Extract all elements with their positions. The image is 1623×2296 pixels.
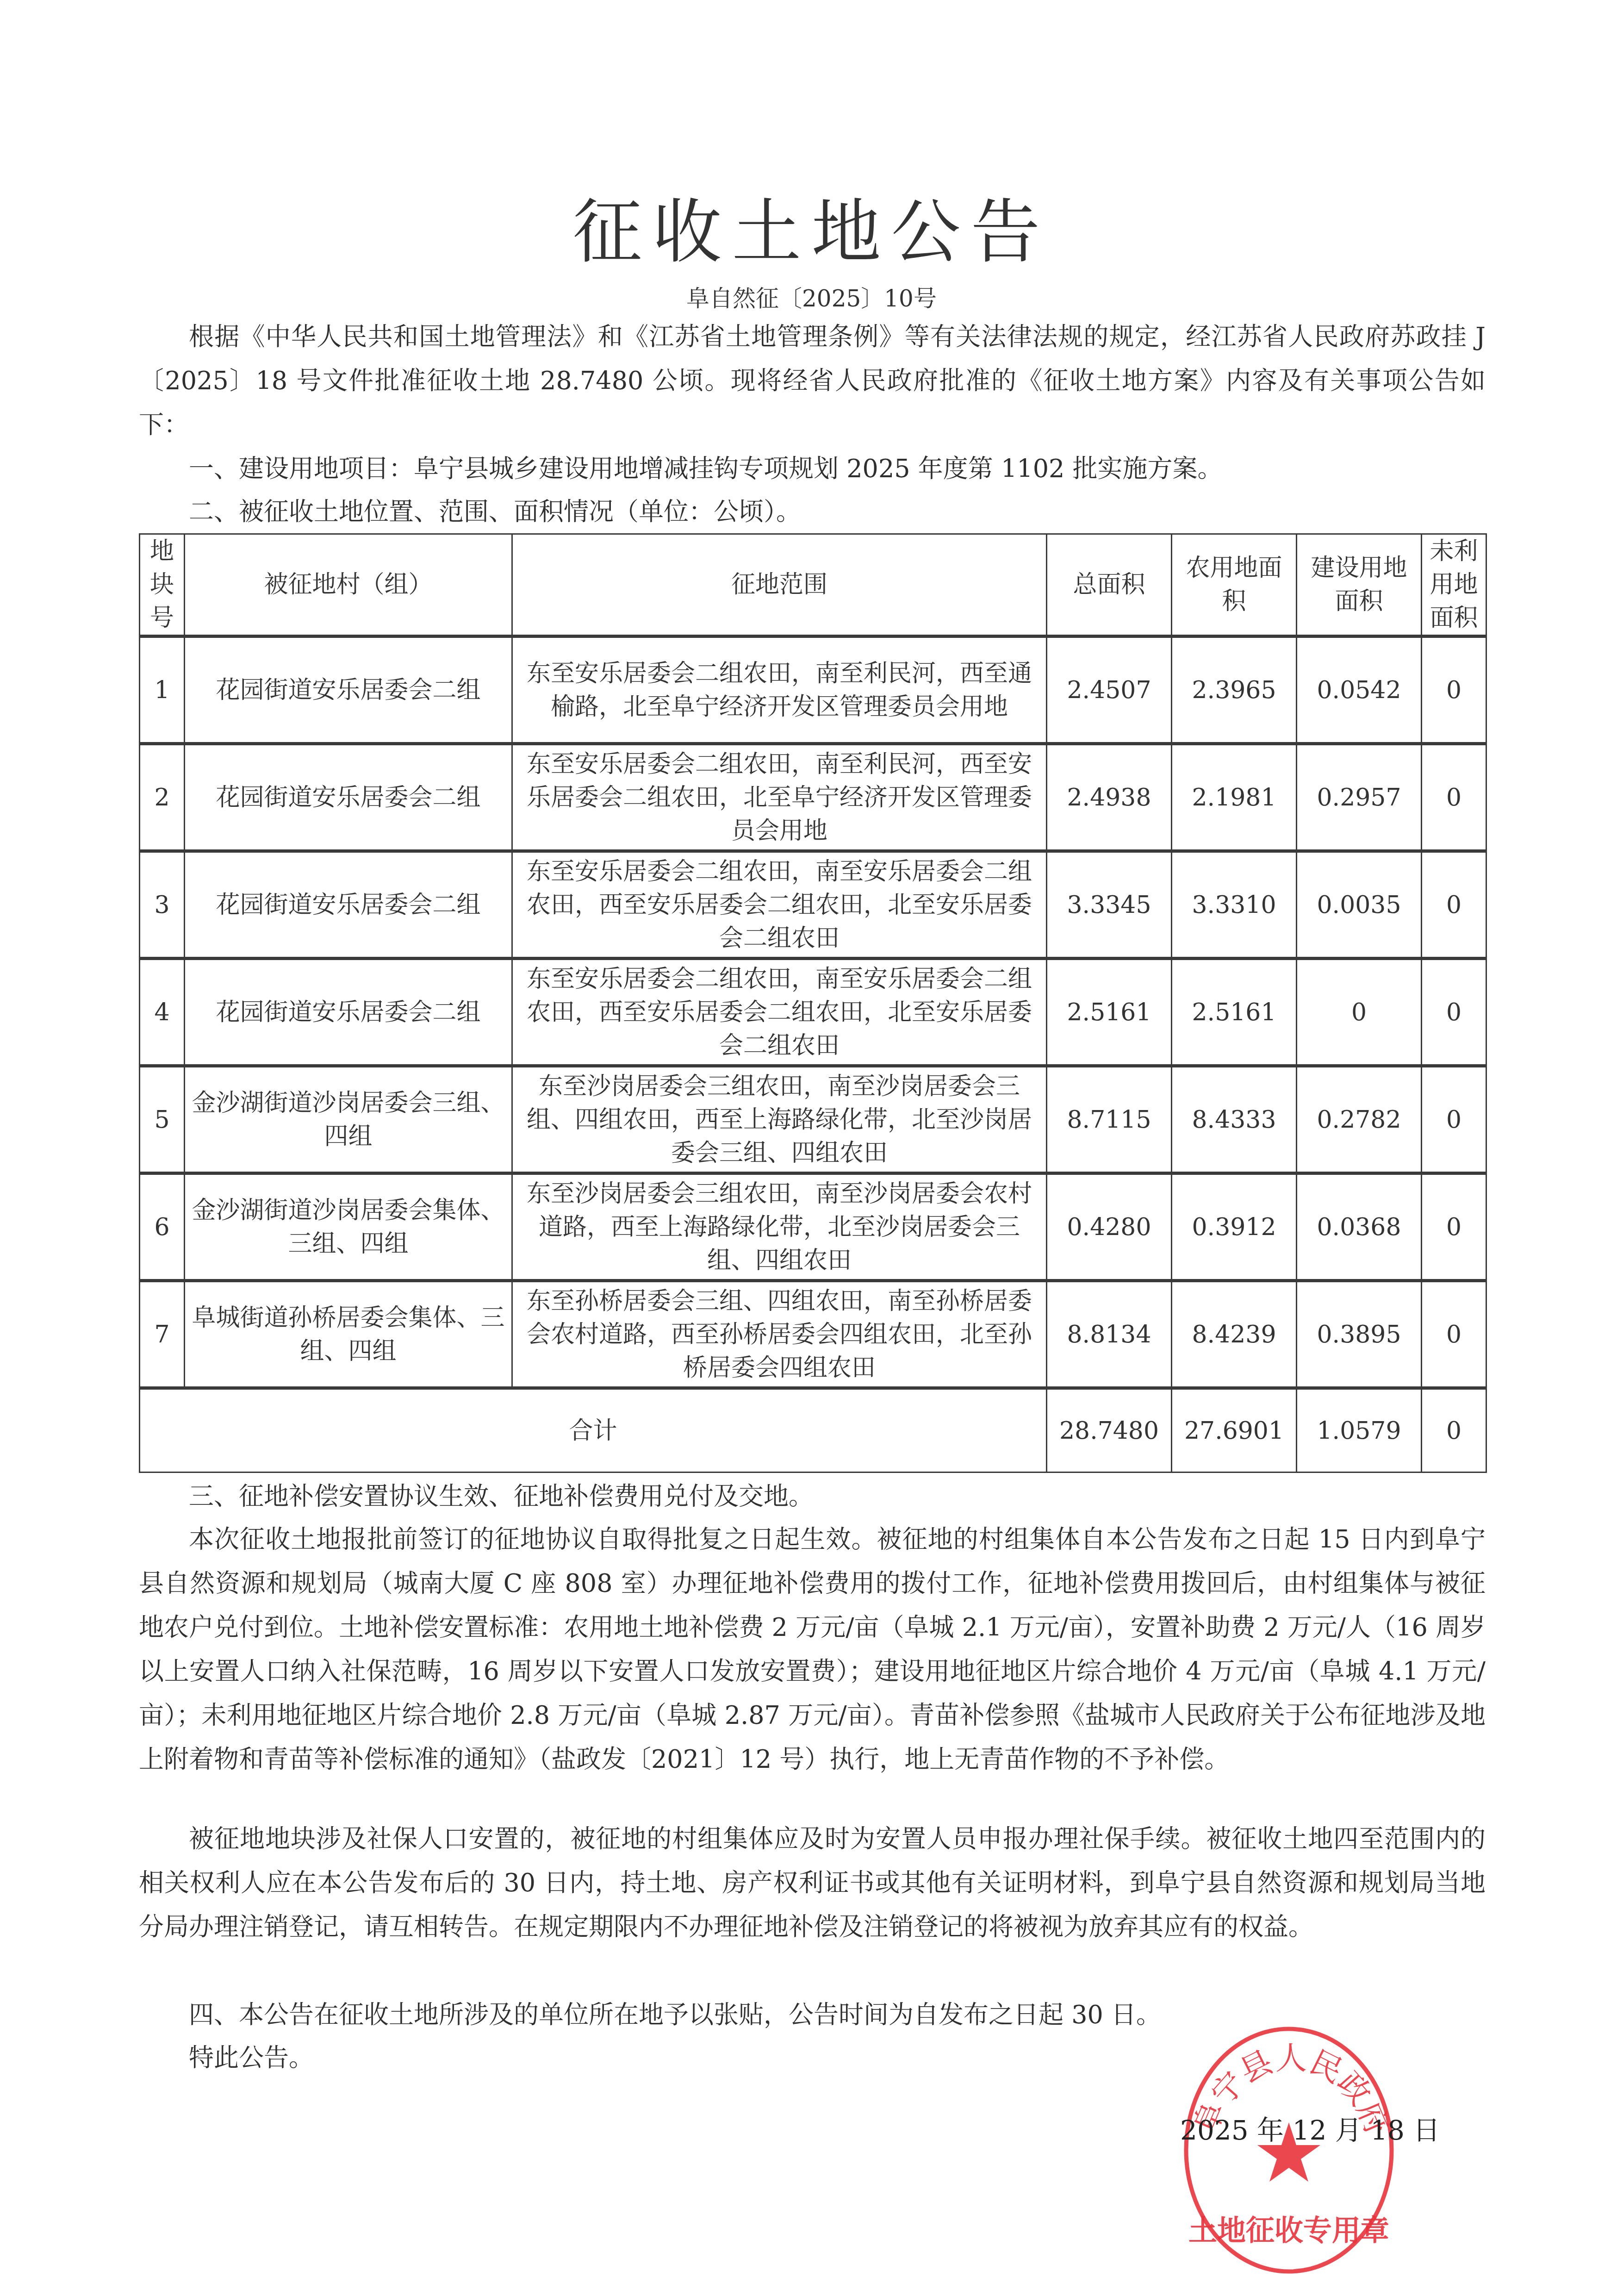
- section-3-paragraph-2: 被征地地块涉及社保人口安置的，被征地的村组集体应及时为安置人员申报办理社保手续。…: [139, 1817, 1486, 1949]
- farm-area: 0.3912: [1172, 1173, 1297, 1281]
- range: 东至安乐居委会二组农田，南至安乐居委会二组农田，西至安乐居委会二组农田，北至安乐…: [512, 959, 1047, 1066]
- total-area: 8.7115: [1047, 1066, 1172, 1173]
- plot-no: 3: [140, 851, 185, 959]
- plot-no: 5: [140, 1066, 185, 1173]
- unused-area: 0: [1422, 1281, 1486, 1388]
- construction-area: 0: [1297, 959, 1422, 1066]
- construction-area: 0.0542: [1297, 636, 1422, 744]
- header-range: 征地范围: [512, 534, 1047, 636]
- header-construction-area: 建设用地面积: [1297, 534, 1422, 636]
- construction-area: 0.2957: [1297, 744, 1422, 851]
- plot-no: 1: [140, 636, 185, 744]
- table-row: 1 花园街道安乐居委会二组 东至安乐居委会二组农田，南至利民河，西至通榆路，北至…: [140, 636, 1486, 744]
- farm-area: 8.4333: [1172, 1066, 1297, 1173]
- unused-area: 0: [1422, 959, 1486, 1066]
- village: 阜城街道孙桥居委会集体、三组、四组: [185, 1281, 512, 1388]
- section-1: 一、建设用地项目：阜宁县城乡建设用地增减挂钩专项规划 2025 年度第 1102…: [139, 447, 1486, 491]
- table-header-row: 地块号 被征地村（组） 征地范围 总面积 农用地面积 建设用地面积 未利用地面积: [140, 534, 1486, 636]
- land-table: 地块号 被征地村（组） 征地范围 总面积 农用地面积 建设用地面积 未利用地面积…: [139, 533, 1487, 1473]
- construction-area: 0.2782: [1297, 1066, 1422, 1173]
- village: 花园街道安乐居委会二组: [185, 959, 512, 1066]
- total-area: 2.4938: [1047, 744, 1172, 851]
- table-row: 6 金沙湖街道沙岗居委会集体、三组、四组 东至沙岗居委会三组农田，南至沙岗居委会…: [140, 1173, 1486, 1281]
- range: 东至安乐居委会二组农田，南至利民河，西至安乐居委会二组农田，北至阜宁经济开发区管…: [512, 744, 1047, 851]
- seal-bottom-text: 土地征收专用章: [1188, 2214, 1389, 2247]
- page-title: 征收土地公告: [0, 176, 1623, 276]
- plot-no: 6: [140, 1173, 185, 1281]
- village: 花园街道安乐居委会二组: [185, 636, 512, 744]
- table-row: 5 金沙湖街道沙岗居委会三组、四组 东至沙岗居委会三组农田，南至沙岗居委会三组、…: [140, 1066, 1486, 1173]
- header-farm-area: 农用地面积: [1172, 534, 1297, 636]
- village: 金沙湖街道沙岗居委会三组、四组: [185, 1066, 512, 1173]
- unused-area-sum: 0: [1422, 1388, 1486, 1472]
- farm-area: 2.3965: [1172, 636, 1297, 744]
- village: 金沙湖街道沙岗居委会集体、三组、四组: [185, 1173, 512, 1281]
- issue-date: 2025 年 12 月 18 日: [1180, 2109, 1440, 2147]
- unused-area: 0: [1422, 744, 1486, 851]
- table-row: 3 花园街道安乐居委会二组 东至安乐居委会二组农田，南至安乐居委会二组农田，西至…: [140, 851, 1486, 959]
- plot-no: 7: [140, 1281, 185, 1388]
- section-3-heading: 三、征地补偿安置协议生效、征地补偿费用兑付及交地。: [139, 1474, 1486, 1518]
- table-total-row: 合计 28.7480 27.6901 1.0579 0: [140, 1388, 1486, 1472]
- total-area: 2.5161: [1047, 959, 1172, 1066]
- table-row: 2 花园街道安乐居委会二组 东至安乐居委会二组农田，南至利民河，西至安乐居委会二…: [140, 744, 1486, 851]
- announcement-page: 征收土地公告 阜自然征〔2025〕10号 根据《中华人民共和国土地管理法》和《江…: [0, 0, 1623, 2296]
- document-number: 阜自然征〔2025〕10号: [0, 280, 1623, 313]
- unused-area: 0: [1422, 1066, 1486, 1173]
- construction-area-sum: 1.0579: [1297, 1388, 1422, 1472]
- unused-area: 0: [1422, 851, 1486, 959]
- section-3-paragraph-1: 本次征收土地报批前签订的征地协议自取得批复之日起生效。被征地的村组集体自本公告发…: [139, 1517, 1486, 1781]
- total-area-sum: 28.7480: [1047, 1388, 1172, 1472]
- farm-area-sum: 27.6901: [1172, 1388, 1297, 1472]
- unused-area: 0: [1422, 1173, 1486, 1281]
- total-area: 3.3345: [1047, 851, 1172, 959]
- total-area: 8.8134: [1047, 1281, 1172, 1388]
- farm-area: 8.4239: [1172, 1281, 1297, 1388]
- construction-area: 0.0368: [1297, 1173, 1422, 1281]
- header-plot-no: 地块号: [140, 534, 185, 636]
- farm-area: 3.3310: [1172, 851, 1297, 959]
- section-2-heading: 二、被征收土地位置、范围、面积情况（单位：公顷）。: [139, 490, 1486, 534]
- village: 花园街道安乐居委会二组: [185, 744, 512, 851]
- intro-paragraph: 根据《中华人民共和国土地管理法》和《江苏省土地管理条例》等有关法律法规的规定，经…: [139, 315, 1486, 447]
- range: 东至沙岗居委会三组农田，南至沙岗居委会农村道路，西至上海路绿化带，北至沙岗居委会…: [512, 1173, 1047, 1281]
- construction-area: 0.3895: [1297, 1281, 1422, 1388]
- plot-no: 2: [140, 744, 185, 851]
- range: 东至安乐居委会二组农田，南至安乐居委会二组农田，西至安乐居委会二组农田，北至安乐…: [512, 851, 1047, 959]
- table-row: 7 阜城街道孙桥居委会集体、三组、四组 东至孙桥居委会三组、四组农田，南至孙桥居…: [140, 1281, 1486, 1388]
- farm-area: 2.5161: [1172, 959, 1297, 1066]
- total-area: 2.4507: [1047, 636, 1172, 744]
- construction-area: 0.0035: [1297, 851, 1422, 959]
- total-area: 0.4280: [1047, 1173, 1172, 1281]
- table-row: 4 花园街道安乐居委会二组 东至安乐居委会二组农田，南至安乐居委会二组农田，西至…: [140, 959, 1486, 1066]
- range: 东至安乐居委会二组农田，南至利民河，西至通榆路，北至阜宁经济开发区管理委员会用地: [512, 636, 1047, 744]
- range: 东至沙岗居委会三组农田，南至沙岗居委会三组、四组农田，西至上海路绿化带，北至沙岗…: [512, 1066, 1047, 1173]
- village: 花园街道安乐居委会二组: [185, 851, 512, 959]
- farm-area: 2.1981: [1172, 744, 1297, 851]
- plot-no: 4: [140, 959, 185, 1066]
- header-total-area: 总面积: [1047, 534, 1172, 636]
- unused-area: 0: [1422, 636, 1486, 744]
- range: 东至孙桥居委会三组、四组农田，南至孙桥居委会农村道路，西至孙桥居委会四组农田，北…: [512, 1281, 1047, 1388]
- header-unused-area: 未利用地面积: [1422, 534, 1486, 636]
- total-label: 合计: [140, 1388, 1047, 1472]
- header-village: 被征地村（组）: [185, 534, 512, 636]
